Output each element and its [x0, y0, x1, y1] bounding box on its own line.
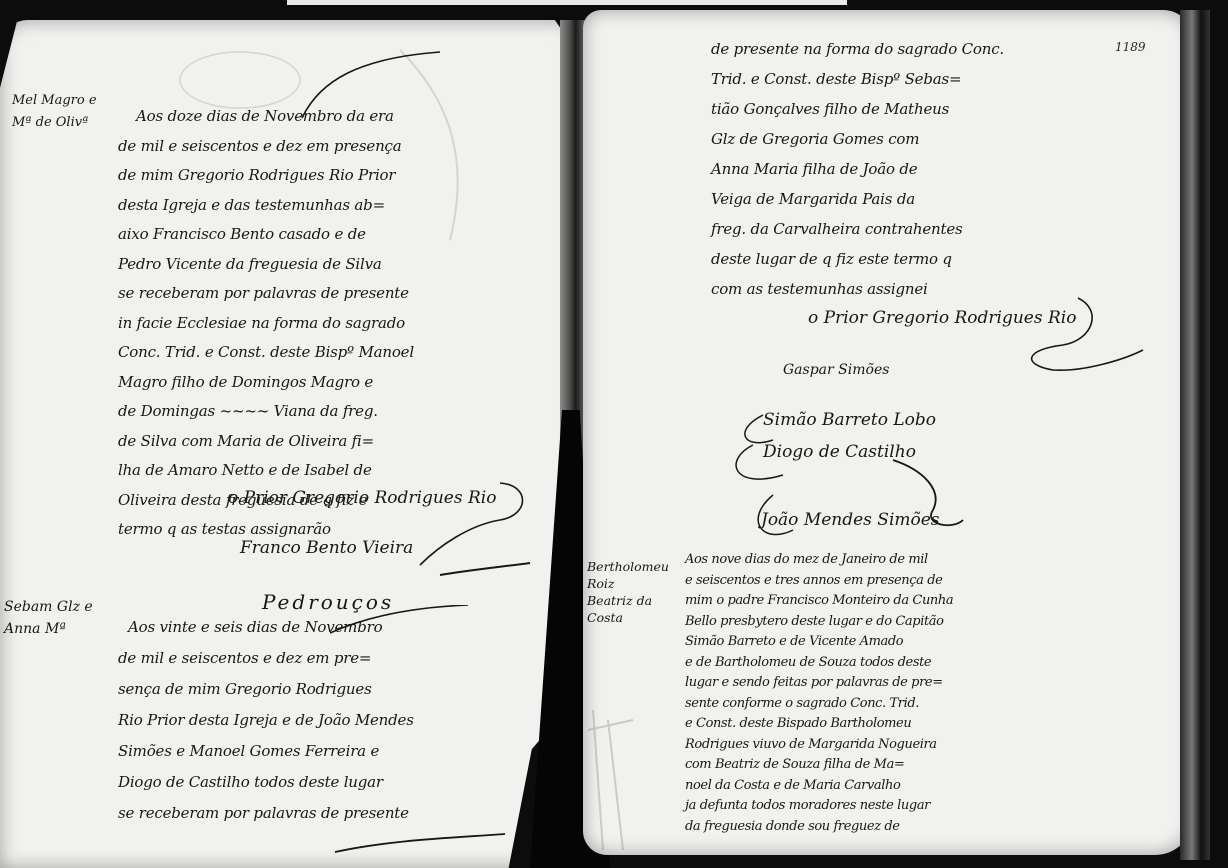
text-line: e seiscentos e tres annos em presença de: [685, 571, 953, 592]
text-line: de mim Gregorio Rodrigues Rio Prior: [118, 161, 414, 191]
margin-line: Bertholomeu: [587, 558, 669, 575]
text-line: de presente na forma do sagrado Conc.: [711, 34, 1004, 64]
text-line: aixo Francisco Bento casado e de: [118, 220, 414, 250]
text-line: tião Gonçalves filho de Matheus: [711, 94, 1004, 124]
top-paper-strip: [287, 0, 847, 5]
entry1-margin-note: Mel Magro e Mª de Olivª: [12, 90, 97, 134]
text-line: Conc. Trid. e Const. deste Bispº Manoel: [118, 338, 414, 368]
text-line: noel da Costa e de Maria Carvalho: [685, 776, 953, 797]
text-line: Rio Prior desta Igreja e de João Mendes: [118, 705, 414, 736]
text-line: e de Bartholomeu de Souza todos deste: [685, 653, 953, 674]
text-line: da freguesia donde sou freguez de: [685, 817, 953, 838]
entry1-text: Aos doze dias de Novembro da era de mil …: [118, 102, 414, 545]
text-line: de mil e seiscentos e dez em presença: [118, 132, 414, 162]
margin-line: Mª de Olivª: [12, 112, 97, 134]
text-line: e Const. deste Bispado Bartholomeu: [685, 714, 953, 735]
text-line: se receberam por palavras de presente: [118, 279, 414, 309]
left-page: Mel Magro e Mª de Olivª Aos doze dias de…: [0, 20, 578, 868]
entry2-end-flourish: [330, 830, 510, 860]
text-line: de Silva com Maria de Oliveira fi=: [118, 427, 414, 457]
text-line: Veiga de Margarida Pais da: [711, 184, 1004, 214]
margin-line: Costa: [587, 609, 669, 626]
text-line: de mil e seiscentos e dez em pre=: [118, 643, 414, 674]
text-line: lha de Amaro Netto e de Isabel de: [118, 456, 414, 486]
text-line: Aos vinte e seis dias de Novembro: [118, 612, 414, 643]
text-line: Trid. e Const. deste Bispº Sebas=: [711, 64, 1004, 94]
signatures-flourish: [723, 290, 1153, 550]
text-line: Rodrigues viuvo de Margarida Nogueira: [685, 735, 953, 756]
signature-flourish: [380, 475, 550, 585]
gutter-sketch-marks: [583, 710, 643, 850]
text-line: Magro filho de Domingos Magro e: [118, 368, 414, 398]
text-line: ja defunta todos moradores neste lugar: [685, 796, 953, 817]
margin-line: Mel Magro e: [12, 90, 97, 112]
text-line: Aos nove dias do mez de Janeiro de mil: [685, 550, 953, 571]
margin-line: Sebam Glz e: [4, 596, 93, 618]
right-page: 1189 de presente na forma do sagrado Con…: [583, 10, 1193, 855]
text-line: Simão Barreto e de Vicente Amado: [685, 632, 953, 653]
entry2-text: Aos vinte e seis dias de Novembro de mil…: [118, 612, 414, 829]
text-line: Simões e Manoel Gomes Ferreira e: [118, 736, 414, 767]
entry3-text: Aos nove dias do mez de Janeiro de mil e…: [685, 550, 953, 837]
entry3-margin-note: Bertholomeu Roiz Beatriz da Costa: [587, 558, 669, 626]
text-line: Aos doze dias de Novembro da era: [118, 102, 414, 132]
text-line: Pedro Vicente da freguesia de Silva: [118, 250, 414, 280]
margin-line: Roiz: [587, 575, 669, 592]
margin-line: Beatriz da: [587, 592, 669, 609]
text-line: de Domingas ~~~~ Viana da freg.: [118, 397, 414, 427]
text-line: com Beatriz de Souza filha de Ma=: [685, 755, 953, 776]
text-line: Diogo de Castilho todos deste lugar: [118, 767, 414, 798]
text-line: lugar e sendo feitas por palavras de pre…: [685, 673, 953, 694]
entry2-margin-note: Sebam Glz e Anna Mª: [4, 596, 93, 640]
text-line: sença de mim Gregorio Rodrigues: [118, 674, 414, 705]
text-line: deste lugar de q fiz este termo q: [711, 244, 1004, 274]
text-line: freg. da Carvalheira contrahentes: [711, 214, 1004, 244]
folio-number: 1189: [1115, 40, 1146, 54]
entry2-continued-text: de presente na forma do sagrado Conc. Tr…: [711, 34, 1004, 304]
text-line: in facie Ecclesiae na forma do sagrado: [118, 309, 414, 339]
book-fore-edge: [1180, 10, 1210, 860]
text-line: sente conforme o sagrado Conc. Trid.: [685, 694, 953, 715]
text-line: Anna Maria filha de João de: [711, 154, 1004, 184]
margin-line: Anna Mª: [4, 618, 93, 640]
text-line: se receberam por palavras de presente: [118, 798, 414, 829]
text-line: Glz de Gregoria Gomes com: [711, 124, 1004, 154]
text-line: desta Igreja e das testemunhas ab=: [118, 191, 414, 221]
text-line: mim o padre Francisco Monteiro da Cunha: [685, 591, 953, 612]
text-line: Bello presbytero deste lugar e do Capitã…: [685, 612, 953, 633]
